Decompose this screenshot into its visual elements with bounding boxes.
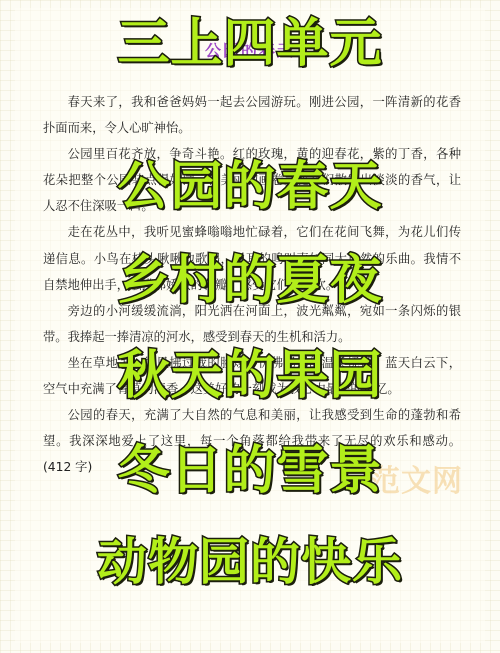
banner-topic-autumn-orchard: 秋天的果园 xyxy=(0,350,500,402)
banner-unit-title: 三上四单元 xyxy=(0,18,500,70)
essay-paragraph-1: 春天来了，我和爸爸妈妈一起去公园游玩。刚进公园，一阵清新的花香扑面而来，令人心旷… xyxy=(43,89,461,141)
banner-topic-zoo-joy: 动物园的快乐 xyxy=(0,537,500,587)
banner-topic-winter-snow: 冬日的雪景 xyxy=(0,445,500,497)
paper-background: 公园的春天 春天来了，我和爸爸妈妈一起去公园游玩。刚进公园，一阵清新的花香扑面而… xyxy=(0,0,500,653)
banner-topic-spring-park: 公园的春天 xyxy=(0,161,500,213)
banner-topic-summer-village: 乡村的夏夜 xyxy=(0,255,500,307)
